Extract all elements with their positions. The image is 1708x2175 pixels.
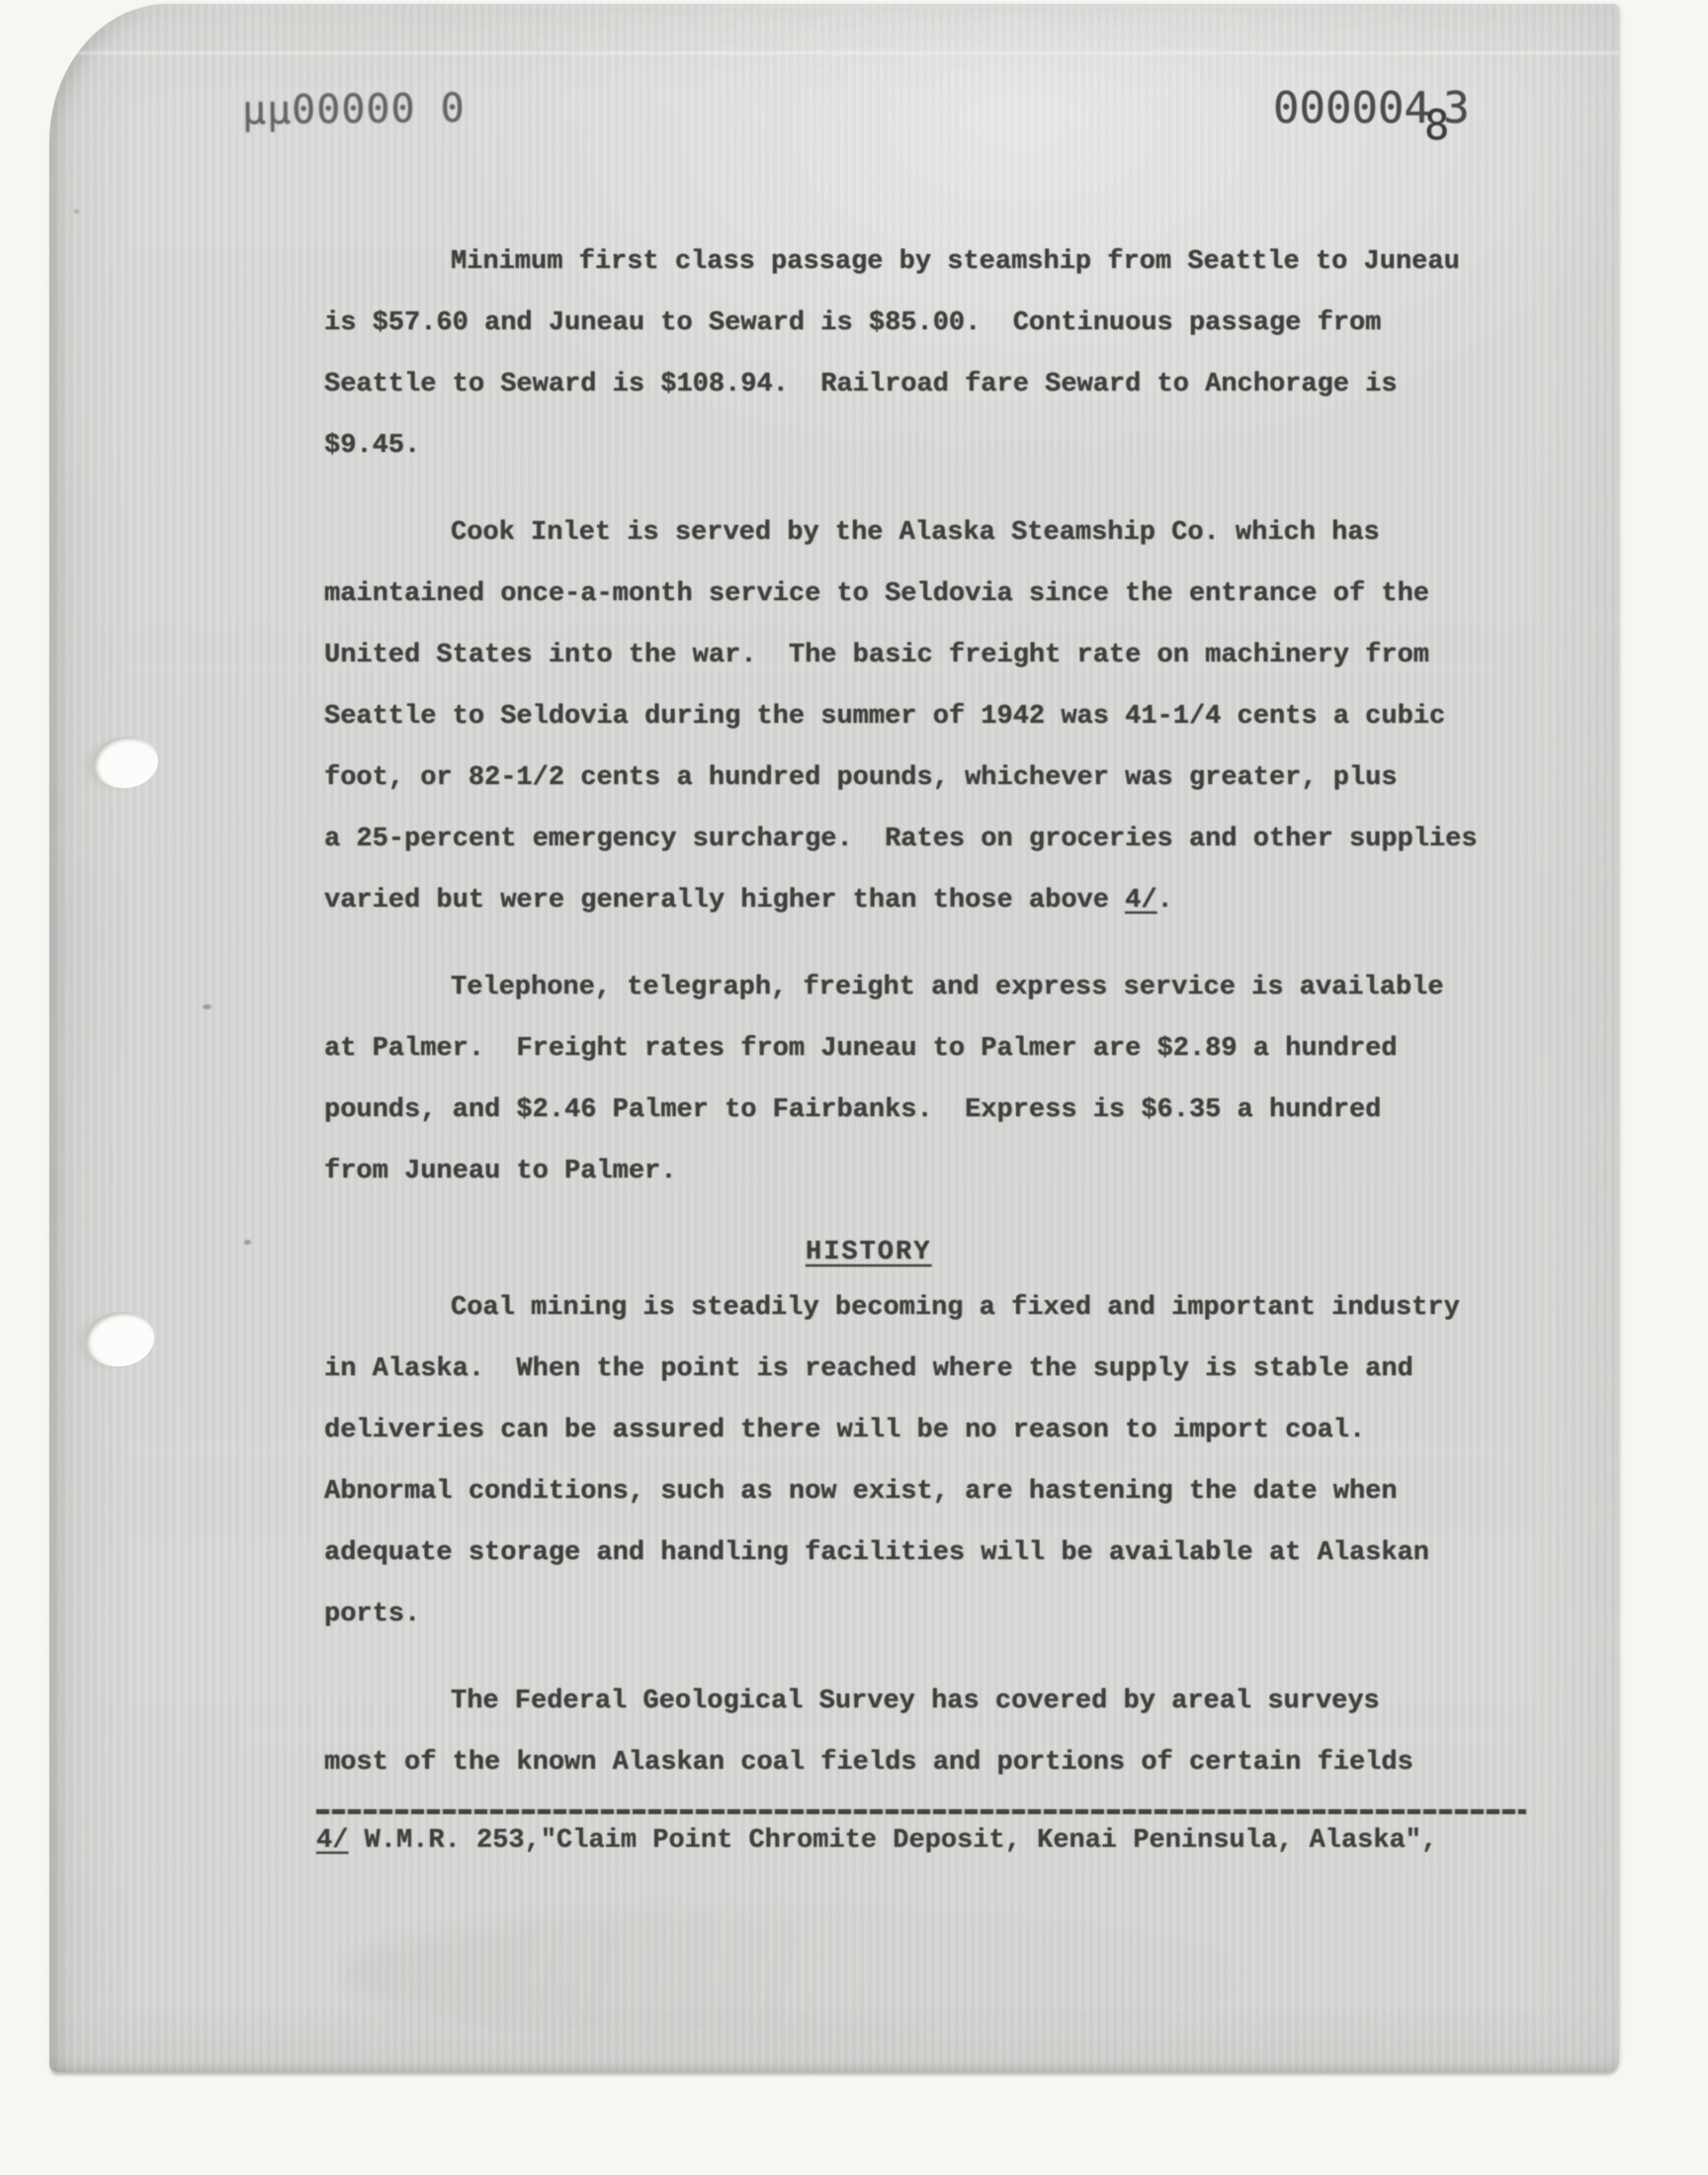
page-number-stamp-left: µµ00000 0 (242, 86, 466, 133)
text-line: maintained once-a-month service to Seldo… (324, 564, 1532, 625)
text-line: from Juneau to Palmer. (324, 1141, 1532, 1202)
paragraph: Coal mining is steadily becoming a fixed… (324, 1277, 1532, 1645)
paragraph: Minimum first class passage by steamship… (324, 231, 1532, 477)
text-line: Seattle to Seldovia during the summer of… (324, 686, 1532, 747)
text-line: Minimum first class passage by steamship… (324, 231, 1532, 293)
text-line: Coal mining is steadily becoming a fixed… (324, 1277, 1532, 1339)
paper-smudge (346, 1908, 1236, 2037)
document-body-text: Minimum first class passage by steamship… (324, 231, 1532, 1819)
paper-sheet: µµ00000 0 00000483 Minimum first class p… (49, 4, 1619, 2072)
text-line: in Alaska. When the point is reached whe… (324, 1339, 1532, 1400)
text-line: United States into the war. The basic fr… (324, 625, 1532, 686)
punch-hole-bottom (82, 1308, 157, 1370)
stamp-subdigit: 8 (1424, 101, 1449, 149)
ink-speck (244, 1240, 251, 1245)
text-line: Abnormal conditions, such as now exist, … (324, 1461, 1532, 1522)
paper-crease (49, 51, 1619, 54)
paragraph: The Federal Geological Survey has covere… (324, 1671, 1532, 1793)
text-line: 4/ W.M.R. 253,"Claim Point Chromite Depo… (368, 1821, 1613, 1861)
stamp-digits: 000004 (1273, 83, 1430, 133)
paragraph: Telephone, telegraph, freight and expres… (324, 957, 1532, 1202)
text-line: foot, or 82-1/2 cents a hundred pounds, … (324, 747, 1532, 809)
text-line: ports. (324, 1584, 1532, 1645)
ink-speck (74, 210, 79, 214)
page-number-stamp-right: 00000483 (1273, 83, 1470, 133)
scanned-page: µµ00000 0 00000483 Minimum first class p… (0, 0, 1708, 2175)
text-line: pounds, and $2.46 Palmer to Fairbanks. E… (324, 1080, 1532, 1141)
footnote-divider (316, 1809, 1526, 1814)
text-line: is $57.60 and Juneau to Seward is $85.00… (324, 293, 1532, 354)
text-line: $9.45. (324, 415, 1532, 477)
text-line: a 25-percent emergency surcharge. Rates … (324, 809, 1532, 870)
text-line: Cook Inlet is served by the Alaska Steam… (324, 502, 1532, 564)
ink-speck (203, 1004, 212, 1009)
text-line: Seattle to Seward is $108.94. Railroad f… (324, 354, 1532, 415)
text-line: adequate storage and handling facilities… (324, 1522, 1532, 1584)
paragraph: Cook Inlet is served by the Alaska Steam… (324, 502, 1532, 931)
section-heading: HISTORY (324, 1228, 1532, 1277)
text-line: varied but were generally higher than th… (324, 870, 1532, 931)
text-line: deliveries can be assured there will be … (324, 1400, 1532, 1461)
footnote: 4/ W.M.R. 253,"Claim Point Chromite Depo… (316, 1821, 1613, 1900)
text-line: at Palmer. Freight rates from Juneau to … (324, 1018, 1532, 1080)
text-line: The Federal Geological Survey has covere… (324, 1671, 1532, 1732)
text-line (368, 1861, 1613, 1900)
text-line: Telephone, telegraph, freight and expres… (324, 957, 1532, 1018)
punch-hole-top (90, 733, 161, 792)
text-line: most of the known Alaskan coal fields an… (324, 1732, 1532, 1793)
